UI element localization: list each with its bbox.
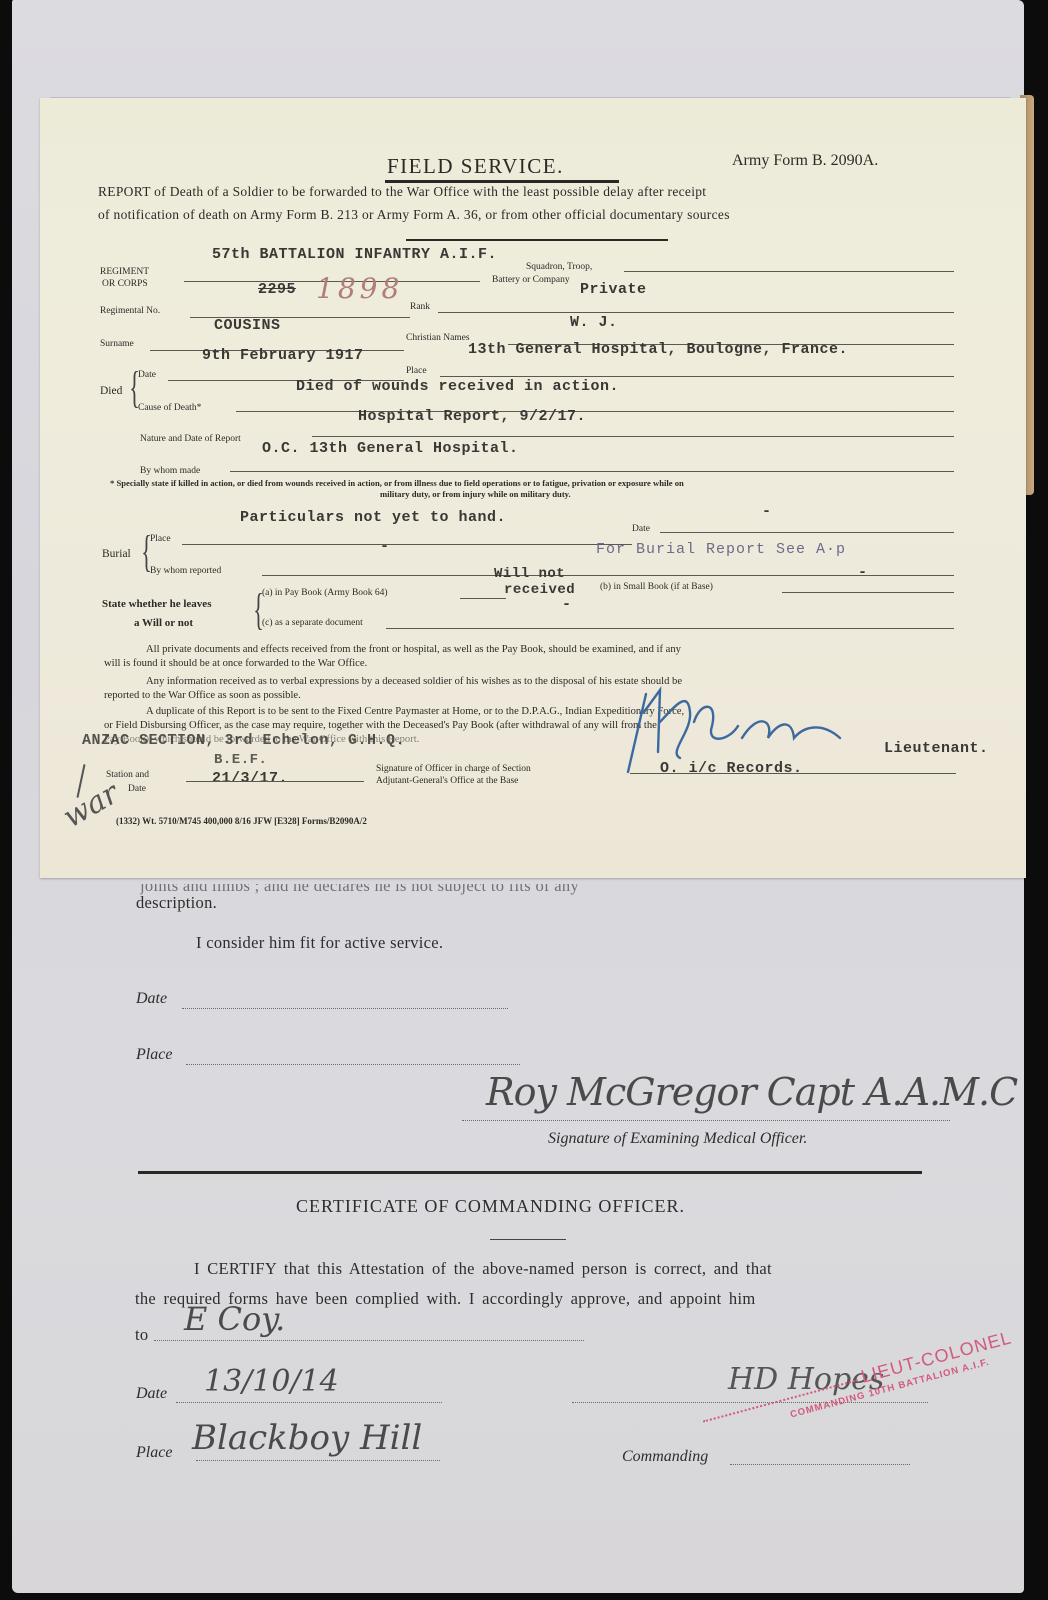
instruction-3-line-2: or Field Disbursing Officer, as the case… [104, 720, 657, 731]
instruction-3-line-1: A duplicate of this Report is to be sent… [146, 706, 684, 717]
signature-rank: Lieutenant. [884, 740, 989, 757]
squadron-label: Squadron, Troop, [526, 262, 592, 272]
died-place-line [440, 376, 954, 377]
will-label-1: State whether he leaves [102, 598, 211, 610]
regimental-no-struck: 2295 [258, 281, 296, 298]
surname-label: Surname [100, 339, 134, 349]
cause-line [236, 411, 954, 412]
signature-label-2: Adjutant-General's Office at the Base [376, 776, 518, 786]
rank-label: Rank [410, 302, 430, 312]
will-b-line [782, 592, 954, 593]
regiment-label: REGIMENT [100, 267, 149, 277]
christian-names-label: Christian Names [406, 333, 470, 343]
will-a-value-1: Will not [494, 566, 565, 582]
co-place-line [196, 1460, 440, 1461]
nature-of-report-value: Hospital Report, 9/2/17. [358, 408, 586, 425]
co-place-label: Place [136, 1444, 172, 1462]
rank-line [438, 312, 954, 313]
squadron-line [624, 271, 954, 272]
died-place-value: 13th General Hospital, Boulogne, France. [468, 341, 848, 358]
burial-place-label: Place [150, 534, 171, 544]
co-date-line [176, 1402, 442, 1403]
regimental-no-handwritten: 1898 [316, 272, 403, 305]
burial-place-line [182, 544, 632, 545]
station-date-line [186, 781, 364, 782]
medical-date-line [182, 1008, 508, 1009]
burial-note: For Burial Report See A·p [596, 541, 846, 558]
burial-date-line [660, 532, 954, 533]
burial-reported-line [262, 575, 954, 576]
will-b-label: (b) in Small Book (if at Base) [600, 582, 713, 592]
signature-label-1: Signature of Officer in charge of Sectio… [376, 764, 531, 774]
burial-place-value: Particulars not yet to hand. [240, 509, 506, 526]
commanding-label: Commanding [622, 1448, 708, 1466]
margin-note: war [57, 776, 125, 835]
cause-of-death-value: Died of wounds received in action. [296, 378, 619, 395]
co-date-label: Date [136, 1385, 167, 1403]
intro-divider [406, 239, 668, 241]
will-label-2: a Will or not [134, 617, 193, 629]
instruction-2-line-2: reported to the War Office as soon as po… [104, 690, 301, 701]
will-a-line [460, 598, 506, 599]
burial-label: Burial [102, 548, 131, 560]
christian-names-value: W. J. [570, 314, 618, 331]
will-c-label: (c) as a separate document [262, 618, 363, 628]
medical-date-label: Date [136, 990, 167, 1008]
medical-officer-signature: Roy McGregor Capt A.A.M.C [486, 1070, 1017, 1114]
co-date-value: 13/10/14 [204, 1364, 339, 1399]
battery-label: Battery or Company [492, 275, 570, 285]
medical-place-label: Place [136, 1046, 172, 1064]
will-a-label: (a) in Pay Book (Army Book 64) [262, 588, 388, 598]
died-date-label: Date [138, 370, 156, 380]
officer-signature-icon [608, 682, 868, 782]
medical-signature-label: Signature of Examining Medical Officer. [548, 1130, 807, 1148]
nature-line [312, 436, 954, 437]
medical-place-line [186, 1064, 520, 1065]
by-whom-made-line [230, 471, 954, 472]
station-value-1: ANZAC SECTION, 3rd Echelon, G.H.Q. [82, 732, 405, 749]
commanding-line [730, 1464, 910, 1465]
station-value-2: B.E.F. [214, 752, 267, 768]
appoint-to-label: to [135, 1325, 148, 1345]
field-service-form: FIELD SERVICE. Army Form B. 2090A. REPOR… [40, 98, 1026, 878]
died-label: Died [100, 385, 122, 397]
surname-value: COUSINS [214, 317, 281, 334]
station-date-value: 21/3/17. [212, 770, 288, 787]
form-title: FIELD SERVICE. [387, 154, 564, 179]
corps-label: OR CORPS [102, 279, 148, 289]
nature-of-report-label: Nature and Date of Report [140, 434, 241, 444]
intro-line-1: REPORT of Death of a Soldier to be forwa… [98, 184, 706, 200]
burial-date-value: - [762, 503, 772, 520]
burial-reported-label: By whom reported [150, 566, 221, 576]
instruction-1-line-1: All private documents and effects receiv… [146, 644, 681, 655]
burial-date-label: Date [632, 524, 650, 534]
intro-line-2: of notification of death on Army Form B.… [98, 207, 730, 223]
appoint-to-value: E Coy. [184, 1300, 285, 1338]
regimental-no-label: Regimental No. [100, 306, 160, 316]
certificate-line-1: I CERTIFY that this Attestation of the a… [194, 1259, 772, 1279]
cause-footnote-2: military duty, or from injury while on m… [380, 489, 571, 499]
section-divider [138, 1171, 922, 1174]
fit-statement: I consider him fit for active service. [196, 933, 443, 953]
cause-footnote-1: * Specially state if killed in action, o… [110, 478, 684, 488]
printer-line: (1332) Wt. 5710/M745 400,000 8/16 JFW [E… [116, 816, 367, 826]
co-place-value: Blackboy Hill [192, 1418, 422, 1458]
by-whom-made-value: O.C. 13th General Hospital. [262, 440, 519, 457]
will-c-value: - [562, 596, 572, 613]
instruction-2-line-1: Any information received as to verbal ex… [146, 676, 682, 687]
certificate-title-rule [490, 1239, 566, 1240]
will-c-line [386, 628, 954, 629]
regiment-value: 57th BATTALION INFANTRY A.I.F. [212, 246, 497, 263]
died-date-value: 9th February 1917 [202, 347, 364, 364]
instruction-1-line-2: will is found it should be at once forwa… [104, 658, 367, 669]
attestation-description: description. [136, 893, 217, 913]
station-label: Station and [106, 770, 149, 780]
will-b-value: - [858, 564, 868, 581]
medical-signature-line [462, 1120, 950, 1121]
form-number: Army Form B. 2090A. [732, 152, 878, 170]
station-date-label: Date [128, 784, 146, 794]
burial-reported-value: - [380, 538, 390, 555]
died-place-label: Place [406, 366, 427, 376]
title-underline [385, 180, 619, 183]
certificate-title: CERTIFICATE OF COMMANDING OFFICER. [296, 1196, 685, 1217]
cause-of-death-label: Cause of Death* [138, 403, 201, 413]
rank-value: Private [580, 281, 647, 298]
by-whom-made-label: By whom made [140, 466, 200, 476]
appoint-to-line [154, 1340, 584, 1341]
